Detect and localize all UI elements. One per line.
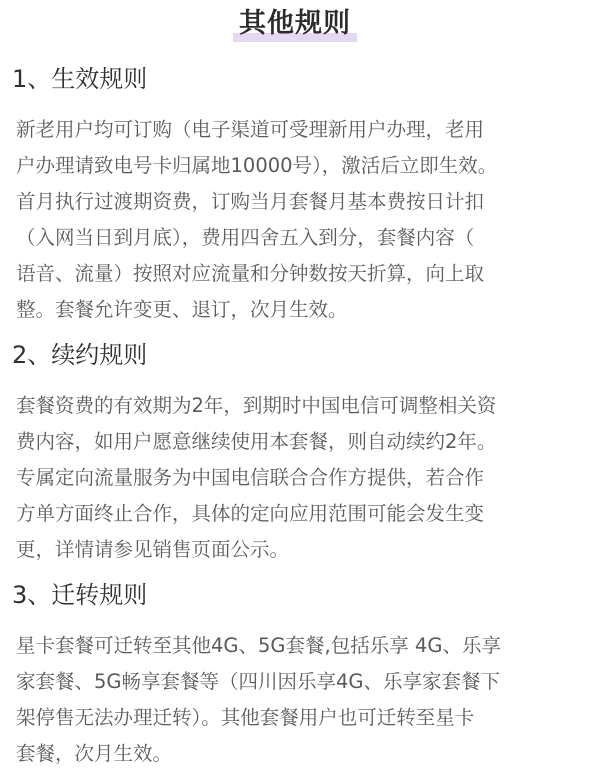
section-effective-rules: 1、生效规则 新老用户均可订购（电子渠道可受理新用户办理，老用 户办理请致电号卡…	[12, 64, 582, 328]
body-line: 更，详情请参见销售页面公示。	[16, 532, 561, 568]
section-heading: 3、迁转规则	[12, 580, 582, 610]
section-heading: 1、生效规则	[12, 64, 582, 94]
body-line: 家套餐、5G畅享套餐等（四川因乐享4G、乐享家套餐下	[16, 664, 561, 700]
body-line: 首月执行过渡期资费，订购当月套餐月基本费按日计扣	[16, 184, 561, 220]
body-line: 户办理请致电号卡归属地10000号），激活后立即生效。	[16, 148, 561, 184]
body-line: 架停售无法办理迁转）。其他套餐用户也可迁转至星卡	[16, 700, 561, 736]
section-heading: 2、续约规则	[12, 340, 582, 370]
body-line: 新老用户均可订购（电子渠道可受理新用户办理，老用	[16, 112, 561, 148]
body-line: 星卡套餐可迁转至其他4G、5G套餐,包括乐享 4G、乐享	[16, 628, 561, 664]
body-line: 专属定向流量服务为中国电信联合合作方提供，若合作	[16, 460, 561, 496]
body-line: 费内容，如用户愿意继续使用本套餐，则自动续约2年。	[16, 424, 561, 460]
body-line: 方单方面终止合作，具体的定向应用范围可能会发生变	[16, 496, 561, 532]
page-title-text: 其他规则	[239, 8, 351, 39]
section-body: 新老用户均可订购（电子渠道可受理新用户办理，老用 户办理请致电号卡归属地1000…	[12, 112, 561, 328]
page-header: 其他规则	[0, 6, 590, 42]
section-migration-rules: 3、迁转规则 星卡套餐可迁转至其他4G、5G套餐,包括乐享 4G、乐享 家套餐、…	[12, 580, 582, 768]
section-body: 星卡套餐可迁转至其他4G、5G套餐,包括乐享 4G、乐享 家套餐、5G畅享套餐等…	[12, 628, 561, 768]
page-title: 其他规则	[233, 6, 357, 42]
body-line: 套餐，次月生效。	[16, 736, 561, 768]
section-renewal-rules: 2、续约规则 套餐资费的有效期为2年，到期时中国电信可调整相关资 费内容，如用户…	[12, 340, 582, 568]
body-line: （入网当日到月底），费用四舍五入到分，套餐内容（	[16, 220, 561, 256]
body-line: 语音、流量）按照对应流量和分钟数按天折算，向上取	[16, 256, 561, 292]
section-body: 套餐资费的有效期为2年，到期时中国电信可调整相关资 费内容，如用户愿意继续使用本…	[12, 388, 561, 568]
body-line: 套餐资费的有效期为2年，到期时中国电信可调整相关资	[16, 388, 561, 424]
body-line: 整。套餐允许变更、退订，次月生效。	[16, 292, 561, 328]
